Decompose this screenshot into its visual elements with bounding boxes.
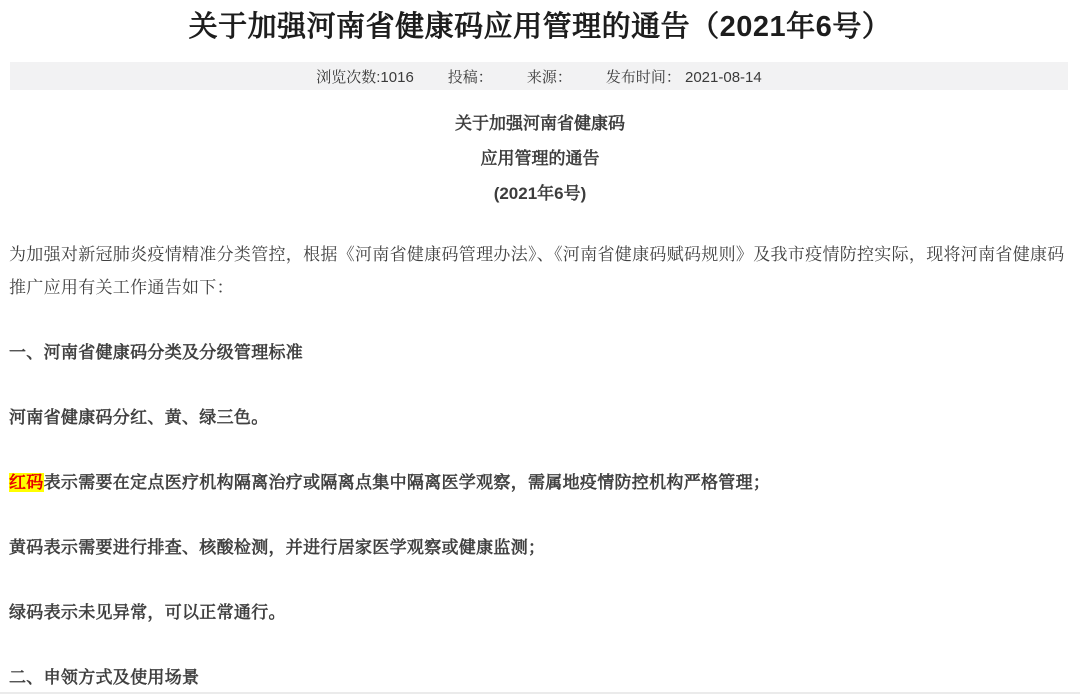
document-heading: 关于加强河南省健康码 应用管理的通告 (2021年6号) xyxy=(0,90,1080,202)
page-title: 关于加强河南省健康码应用管理的通告（2021年6号） xyxy=(0,0,1080,46)
red-code-highlight: 红码 xyxy=(9,473,44,492)
intro-paragraph: 为加强对新冠肺炎疫情精准分类管控，根据《河南省健康码管理办法》、《河南省健康码赋… xyxy=(9,238,1070,304)
notice-page: 关于加强河南省健康码应用管理的通告（2021年6号） 浏览次数:1016 投稿：… xyxy=(0,0,1080,694)
doc-heading-line2: 应用管理的通告 xyxy=(0,150,1080,167)
views-count: 浏览次数:1016 xyxy=(316,66,414,87)
meta-bar: 浏览次数:1016 投稿： 来源： 发布时间： 2021-08-14 xyxy=(10,62,1068,90)
doc-heading-line1: 关于加强河南省健康码 xyxy=(0,115,1080,132)
publish-date: 发布时间： 2021-08-14 xyxy=(606,66,762,87)
section-2-heading: 二、申领方式及使用场景 xyxy=(9,661,1070,694)
section-1-heading: 一、河南省健康码分类及分级管理标准 xyxy=(9,336,1070,369)
color-classification-line: 河南省健康码分红、黄、绿三色。 xyxy=(9,401,1070,434)
doc-heading-line3: (2021年6号) xyxy=(0,185,1080,202)
red-code-text: 表示需要在定点医疗机构隔离治疗或隔离点集中隔离医学观察，需属地疫情防控机构严格管… xyxy=(44,473,771,492)
green-code-paragraph: 绿码表示未见异常，可以正常通行。 xyxy=(9,596,1070,629)
submitter-label: 投稿： xyxy=(448,66,493,87)
yellow-code-paragraph: 黄码表示需要进行排查、核酸检测，并进行居家医学观察或健康监测； xyxy=(9,531,1070,564)
source-label: 来源： xyxy=(527,66,572,87)
notice-body: 为加强对新冠肺炎疫情精准分类管控，根据《河南省健康码管理办法》、《河南省健康码赋… xyxy=(9,238,1070,694)
red-code-paragraph: 红码表示需要在定点医疗机构隔离治疗或隔离点集中隔离医学观察，需属地疫情防控机构严… xyxy=(9,466,1070,499)
